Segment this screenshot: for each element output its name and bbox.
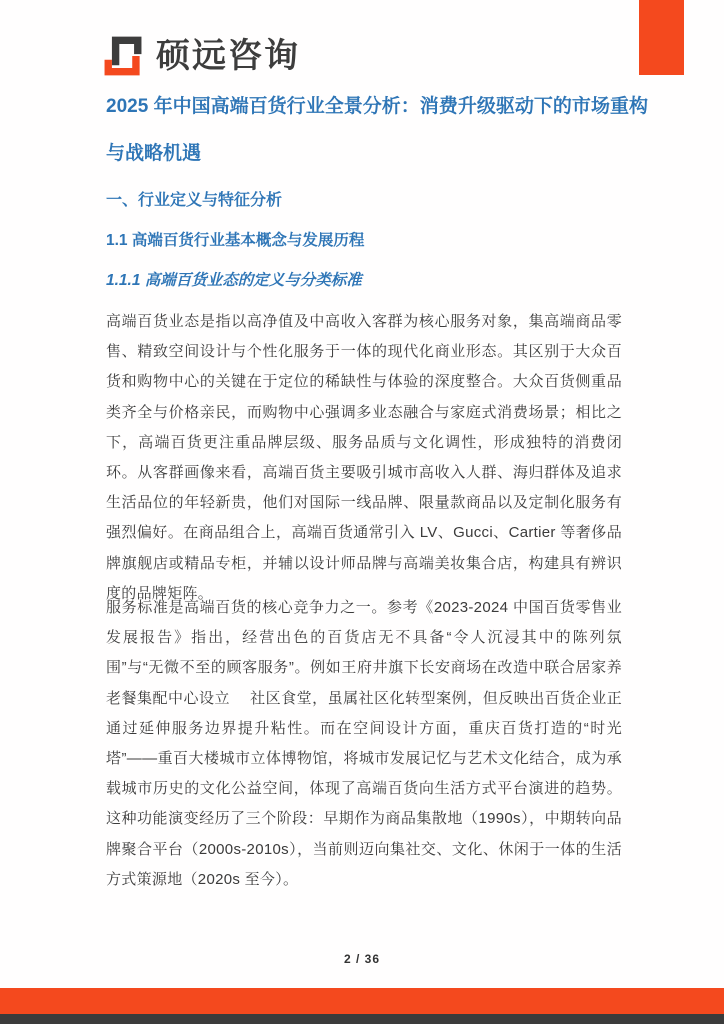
- footer-accent-bar: [0, 988, 724, 1014]
- report-title: 2025 年中国高端百货行业全景分析：消费升级驱动下的市场重构与战略机遇: [106, 83, 648, 177]
- header-accent-block: [639, 0, 684, 75]
- company-logo: 硕远咨询: [99, 32, 300, 80]
- interlocked-squares-logo-icon: [99, 32, 147, 80]
- company-logo-text: 硕远咨询: [156, 32, 300, 80]
- body-paragraph-1: 高端百货业态是指以高净值及中高收入客群为核心服务对象，集高端商品零售、精致空间设…: [106, 307, 622, 609]
- section-heading-level2: 1.1 高端百货行业基本概念与发展历程: [106, 231, 646, 250]
- report-page: 硕远咨询 2025 年中国高端百货行业全景分析：消费升级驱动下的市场重构与战略机…: [0, 0, 724, 1024]
- section-heading-level3: 1.1.1 高端百货业态的定义与分类标准: [106, 271, 646, 290]
- section-heading-level1: 一、行业定义与特征分析: [106, 191, 646, 210]
- footer-dark-bar: [0, 1014, 724, 1024]
- page-number: 2 / 36: [0, 952, 724, 966]
- body-paragraph-2: 服务标准是高端百货的核心竞争力之一。参考《2023-2024 中国百货零售业发展…: [106, 593, 622, 895]
